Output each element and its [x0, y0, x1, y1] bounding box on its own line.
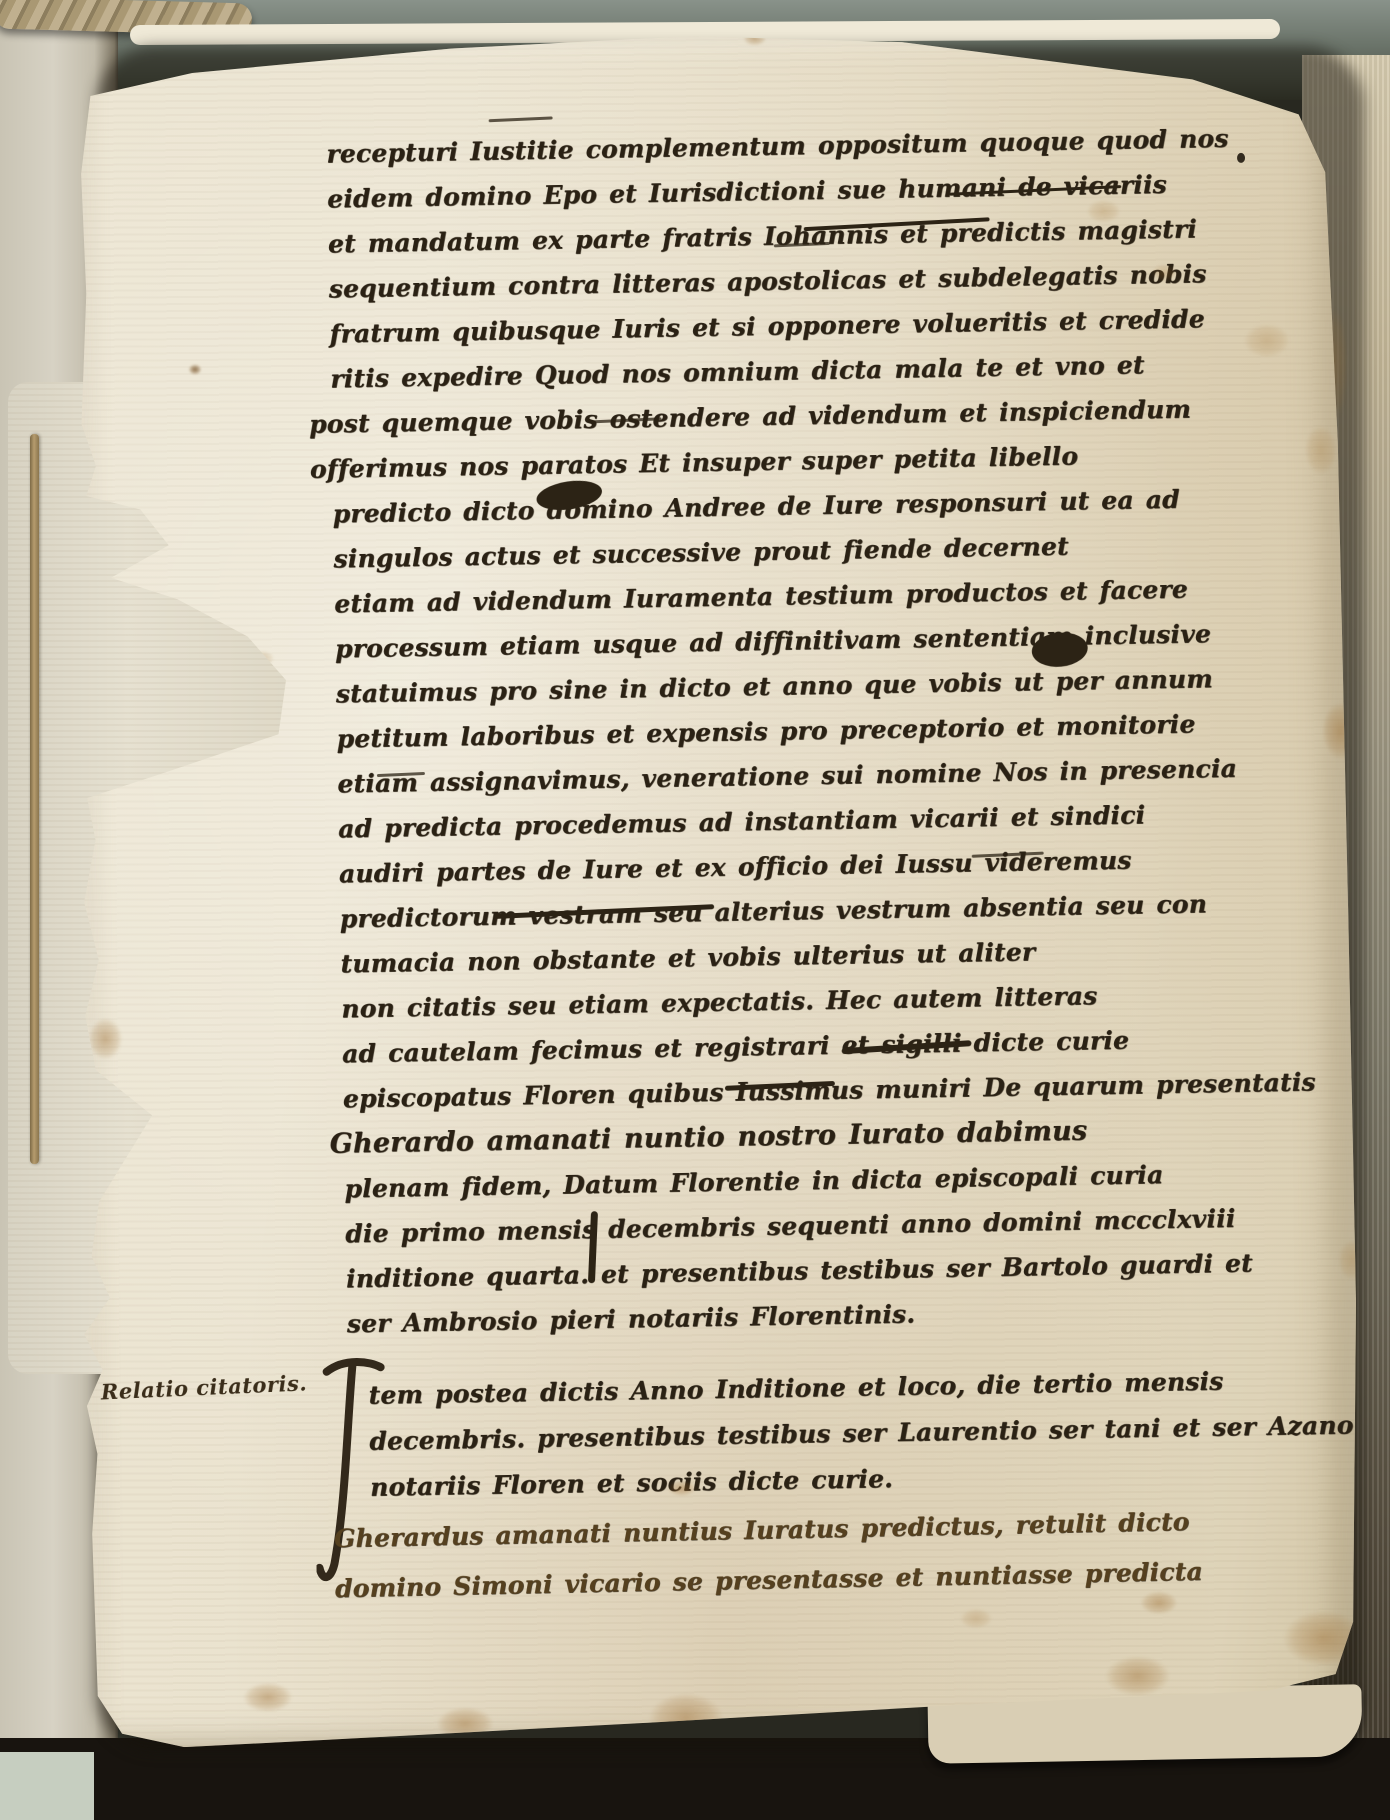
- stain: [187, 363, 203, 376]
- main-text-block: recepturi Iustitie complementum oppositu…: [326, 115, 1320, 1347]
- postscript-block: tem postea dictis Anno Inditione et loco…: [368, 1356, 1354, 1510]
- scanner-bed-corner: [0, 1752, 94, 1820]
- abbreviation-macron: [489, 116, 553, 122]
- stain: [1300, 418, 1343, 482]
- margin-note: Relatio citatoris.: [100, 1370, 307, 1404]
- manuscript-page: 43. recepturi Iustitie complementum oppo…: [72, 22, 1360, 1748]
- binding-cord: [30, 434, 39, 1164]
- stain: [1095, 1650, 1179, 1703]
- stain: [236, 1678, 300, 1717]
- stain: [955, 1605, 997, 1631]
- manuscript-scan: 43. recepturi Iustitie complementum oppo…: [0, 0, 1390, 1820]
- relation-block: Gherardus amanati nuntius Iuratus predic…: [334, 1497, 1204, 1614]
